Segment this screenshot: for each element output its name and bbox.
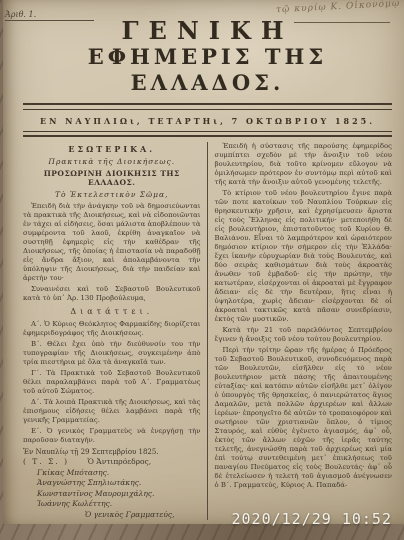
signatory: Ἀναγνώστης Σπηλιωτάκης. bbox=[37, 478, 201, 487]
paragraph: Περὶ τὴν τρίτην ὥραν τῆς ἡμέρας ὁ Πρόεδρ… bbox=[215, 346, 393, 490]
signatory: Ἰωάννης Κωλέττης. bbox=[37, 499, 201, 508]
decree-article: Β΄. Θέλει ἔχει ὑπὸ τὴν διεύθυνσίν του τὴ… bbox=[23, 340, 201, 367]
vice-president-label: Ὁ Ἀντιπρόεδρος, bbox=[87, 457, 151, 466]
signatory: Γκίκας Μπότασης. bbox=[37, 468, 201, 477]
seal-mark: ( Τ. Σ. ) bbox=[23, 457, 69, 466]
decree-heading: ΠΡΟΣΩΡΙΝΗ ΔΙΟΙΚΗΣΙΣ ΤΗΣ ΕΛΛΑΔΟΣ. bbox=[23, 169, 201, 187]
decree-article: Ε΄. Ὁ γενικὸς Γραμματεὺς νὰ ἐνεργήσῃ τὴν… bbox=[23, 427, 201, 445]
secretary-label: Ὁ γενικὸς Γραμματεύς, bbox=[23, 510, 175, 519]
camera-timestamp: 2020/12/29 10:52 bbox=[232, 510, 393, 528]
masthead-title-line2: ΕΦΗΜΕΡΙΣ ΤΗΣ ΕΛΛΑΔΟΣ. bbox=[23, 44, 392, 96]
paragraph: Ἐπειδὴ διὰ τὴν ἀνάγκην τοῦ νὰ δημοσιεύων… bbox=[23, 202, 201, 283]
decree-word: Διατάττει. bbox=[23, 307, 201, 316]
signatory: Κωνσταντῖνος Μαυρομιχάλης. bbox=[37, 489, 201, 498]
paragraph: Κατὰ τὴν 21 τοῦ παρελθόντος Σεπτεμβρίου … bbox=[215, 326, 393, 344]
paragraph: Τὸ κτίριον τοῦ νέου βουλευτηρίου ἔγινε π… bbox=[215, 189, 393, 324]
page-content: ΓΕΝΙΚΗ ΕΦΗΜΕΡΙΣ ΤΗΣ ΕΛΛΑΔΟΣ. ΕΝ ΝΑΥΠΛΙΩι… bbox=[23, 2, 392, 520]
article-columns: ΕΣΩΤΕΡΙΚΑ. Πρακτικὰ τῆς Διοικήσεως. ΠΡΟΣ… bbox=[23, 142, 392, 520]
masthead-title-line1: ΓΕΝΙΚΗ bbox=[23, 18, 392, 44]
place-date: Ἐν Ναυπλίῳ τῇ 29 Σεπτεμβρίου 1825. bbox=[23, 448, 201, 456]
seal-and-vp-row: ( Τ. Σ. ) Ὁ Ἀντιπρόεδρος, bbox=[23, 457, 201, 466]
decree-article: Δ΄. Τὰ λοιπὰ Πρακτικὰ τῆς Διοικήσεως, κα… bbox=[23, 398, 201, 425]
paragraph: Συναινέσει καὶ τοῦ Σεβαστοῦ Βουλευτικοῦ … bbox=[23, 285, 201, 303]
decree-body-label: Τὸ Ἐκτελεστικὸν Σῶμα, bbox=[23, 190, 201, 199]
double-rule-bottom bbox=[23, 131, 392, 137]
dateline: ΕΝ ΝΑΥΠΛΙΩι, ΤΕΤΑΡΤΗι, 7 ΟΚΤΩΒΡΙΟΥ 1825. bbox=[23, 116, 392, 126]
section-heading: ΕΣΩΤΕΡΙΚΑ. bbox=[23, 144, 201, 154]
right-column: Ἐπειδὴ ἡ σύστασις τῆς παρούσης ἐφημερίδο… bbox=[208, 142, 393, 520]
decree-article: Α΄. Ὁ Κύριος Θεόκλητος Φαρμακίδης διορίζ… bbox=[23, 320, 201, 338]
section-subheading: Πρακτικὰ τῆς Διοικήσεως. bbox=[23, 157, 201, 166]
newspaper-page: Ἀριθ. 1. τῷ κυρίῳ Κ. Οἰκονόμῳ ΓΕΝΙΚΗ ΕΦΗ… bbox=[3, 0, 404, 524]
double-rule-top bbox=[23, 103, 392, 110]
decree-article: Γ΄. Τὰ Πρακτικὰ τοῦ Σεβαστοῦ Βουλευτικοῦ… bbox=[23, 369, 201, 396]
paragraph: Ἐπειδὴ ἡ σύστασις τῆς παρούσης ἐφημερίδο… bbox=[215, 142, 393, 187]
photo-of-newspaper: { "photo": { "timestamp": "2020/12/29 10… bbox=[0, 0, 404, 540]
left-column: ΕΣΩΤΕΡΙΚΑ. Πρακτικὰ τῆς Διοικήσεως. ΠΡΟΣ… bbox=[23, 142, 208, 520]
